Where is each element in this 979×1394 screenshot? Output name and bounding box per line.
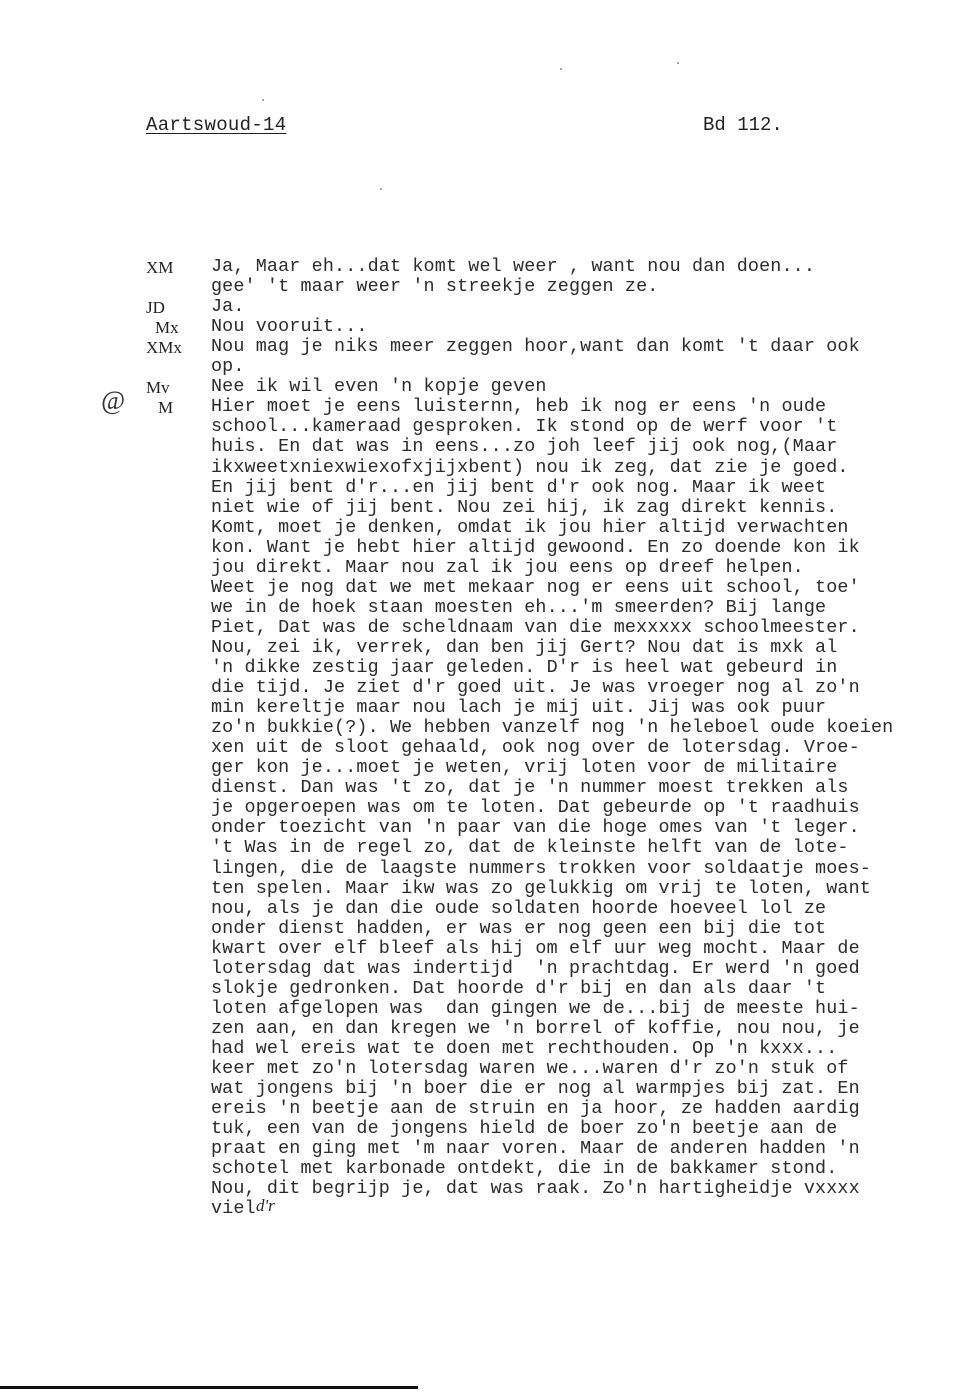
paper-speck [262,99,264,101]
text-line: huis. En dat was in eens...zo joh leef j… [211,436,837,457]
text-line: Ja. [211,296,245,317]
text-line: Weet je nog dat we met mekaar nog er een… [211,577,860,598]
text-line: Nou, zei ik, verrek, dan ben jij Gert? N… [211,637,837,658]
text-line: keer met zo'n lotersdag waren we...waren… [211,1058,849,1079]
text-line: Nou vooruit... [211,316,368,337]
speaker-label: XM [146,258,173,278]
text-line: kon. Want je hebt hier altijd gewoond. E… [211,537,860,558]
page-number: Bd 112. [703,114,783,136]
text-line: slokje gedronken. Dat hoorde d'r bij en … [211,978,826,999]
text-line: nou, als je dan die oude soldaten hoorde… [211,898,826,919]
text-line: Nou, dit begrijp je, dat was raak. Zo'n … [211,1178,860,1199]
text-line: schotel met karbonade ontdekt, die in de… [211,1158,837,1179]
typewritten-page: Aartswoud-14 Bd 112. @ XMJDMxXMxMvM Ja, … [0,0,979,1394]
text-line: Piet, Dat was de scheldnaam van die mexx… [211,617,860,638]
text-line: op. [211,356,245,377]
text-line: Nee ik wil even 'n kopje geven [211,376,547,397]
text-line: 't Was in de regel zo, dat de kleinste h… [211,837,849,858]
handwritten-margin-mark: @ [101,386,125,416]
document-reference: Aartswoud-14 [146,114,286,136]
text-line: zo'n bukkie(?). We hebben vanzelf nog 'n… [211,717,893,738]
text-line: praat en ging met 'm naar voren. Maar de… [211,1138,860,1159]
paper-speck [560,68,562,70]
handwritten-insert: d'r [256,1196,275,1216]
speaker-label: JD [146,298,165,318]
text-line: die tijd. Je ziet d'r goed uit. Je was v… [211,677,860,698]
speaker-label: Mx [155,318,179,338]
paper-speck [380,188,382,190]
text-line: En jij bent d'r...en jij bent d'r ook no… [211,477,826,498]
text-line: dienst. Dan was 't zo, dat je 'n nummer … [211,777,849,798]
text-line: Ja, Maar eh...dat komt wel weer , want n… [211,256,815,277]
text-line: tuk, een van de jongens hield de boer zo… [211,1118,837,1139]
text-line: gee' 't maar weer 'n streekje zeggen ze. [211,276,658,297]
text-line: ereis 'n beetje aan de struin en ja hoor… [211,1098,860,1119]
text-line: niet wie of jij bent. Nou zei hij, ik za… [211,497,837,518]
text-line: zen aan, en dan kregen we 'n borrel of k… [211,1018,860,1039]
speaker-label: M [158,398,173,418]
text-line: Hier moet je eens luisternn, heb ik nog … [211,396,826,417]
text-line: je opgeroepen was om te loten. Dat gebeu… [211,797,860,818]
text-line: loten afgelopen was dan gingen we de...b… [211,998,860,1019]
text-line: Komt, moet je denken, omdat ik jou hier … [211,517,849,538]
text-line: school...kameraad gesproken. Ik stond op… [211,416,837,437]
page-edge-rule [0,1386,418,1389]
text-line: min kereltje maar nou lach je mij uit. J… [211,697,826,718]
text-line: lotersdag dat was indertijd 'n prachtdag… [211,958,860,979]
text-line: ikxweetxniexwiexofxjijxbent) nou ik zeg,… [211,457,849,478]
text-line: we in de hoek staan moesten eh...'m smee… [211,597,826,618]
text-line: 'n dikke zestig jaar geleden. D'r is hee… [211,657,837,678]
text-line: wat jongens bij 'n boer die er nog al wa… [211,1078,860,1099]
text-line: had wel ereis wat te doen met rechthoude… [211,1038,837,1059]
text-line: kwart over elf bleef als hij om elf uur … [211,938,860,959]
text-line: ger kon je...moet je weten, vrij loten v… [211,757,837,778]
text-line: jou direkt. Maar nou zal ik jou eens op … [211,557,804,578]
text-line: ten spelen. Maar ikw was zo gelukkig om … [211,878,871,899]
text-line: onder dienst hadden, er was er nog geen … [211,918,826,939]
speaker-label: Mv [146,378,170,398]
text-line: viel [211,1198,256,1219]
text-line: xen uit de sloot gehaald, ook nog over d… [211,737,860,758]
text-line: Nou mag je niks meer zeggen hoor,want da… [211,336,860,357]
paper-speck [677,62,679,64]
text-line: lingen, die de laagste nummers trokken v… [211,858,871,879]
text-line: onder toezicht van 'n paar van die hoge … [211,817,860,838]
speaker-label: XMx [146,338,182,358]
